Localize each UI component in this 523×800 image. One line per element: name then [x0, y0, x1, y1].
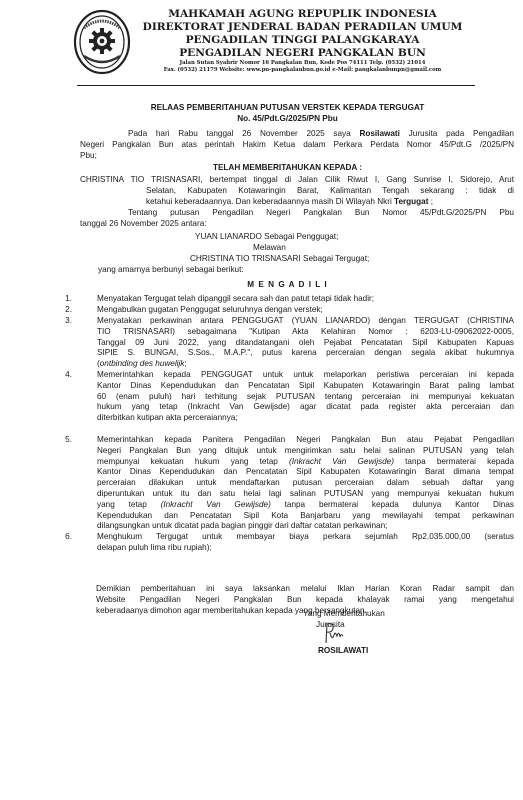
verdict-item-number: 2.: [60, 305, 72, 316]
verdict-item-line: Menyatakan Tergugat telah dipanggil seca…: [97, 294, 374, 305]
verdict-item-line: SIPIE S. BUNGAI, S.Sos., M.A.P.", putus …: [97, 348, 514, 359]
closing-line-2: Website Pengadilan Negeri Pangkalan Bun …: [96, 595, 514, 606]
verdict-item-line: diterbitkan kutipan akta perceraiannya;: [97, 413, 238, 424]
opening-line-2: Negeri Pangkalan Bun atas perintah Hakim…: [80, 140, 514, 151]
opening-text: Jurusita pada Pengadilan: [400, 129, 514, 138]
verdict-item-line: Memerintahkan kepada Panitera Pengadilan…: [97, 435, 514, 446]
notified-text: ;: [428, 197, 433, 206]
versus-line: Melawan: [253, 243, 286, 254]
verdict-item-line: Tanggal 09 Juni 2022, yang ditandatangan…: [97, 338, 514, 349]
notified-line-2: Selatan, Kabupaten Kotawaringin Barat, K…: [146, 186, 514, 197]
document-title: RELAAS PEMBERITAHUAN PUTUSAN VERSTEK KEP…: [60, 103, 515, 114]
opening-line-3: Pbu;: [80, 151, 97, 162]
verdict-item-line: delapan puluh lima ribu rupiah);: [97, 543, 212, 554]
verdict-item-line: yang tetap (Inkracht Van Gewijsde) tanpa…: [97, 500, 514, 511]
letterhead-divider: [77, 85, 475, 86]
signatory-role: Yang Memberitahukan: [303, 609, 385, 620]
bailiff-name: Rosilawati: [359, 129, 400, 138]
verdict-item-line: Menyatakan perkawinan antara PENGGUGAT (…: [97, 316, 514, 327]
letterhead-line-3: PENGADILAN TINGGI PALANGKARAYA: [130, 34, 475, 47]
defendant-label: Tergugat: [394, 197, 428, 206]
defendant-line: CHRISTINA TIO TRISNASARI Sebagai Terguga…: [190, 254, 369, 265]
letterhead-line-2: DIREKTORAT JENDERAL BADAN PERADILAN UMUM: [130, 21, 475, 34]
letterhead-contact: Fax. (0532) 21179 Website: www.pn-pangka…: [130, 67, 475, 74]
verdict-item-line: mempunyai kekuatan hukum yang tetap (Ink…: [97, 457, 514, 468]
letterhead-line-4: PENGADILAN NEGERI PANGKALAN BUN: [130, 47, 475, 60]
letterhead-address: Jalan Sutan Syahrir Nomor 16 Pangkalan B…: [130, 60, 475, 67]
verdict-item-line: TIO TRISNASARI) sebagaimana "Kutipan Akt…: [97, 327, 514, 338]
case-number: No. 45/Pdt.G/2025/PN Pbu: [60, 114, 515, 125]
letterhead: MAHKAMAH AGUNG REPUPLIK INDONESIA DIREKT…: [70, 6, 475, 86]
notified-line-3: ketahui keberadaannya. Dan keberadaannya…: [146, 197, 433, 208]
verdict-item-line: 60 (enam puluh) hari terhitung sejak PUT…: [97, 392, 514, 403]
verdict-item-line: Memerintahkan kepada PENGGUGAT untuk unt…: [97, 370, 514, 381]
opening-line-1: Pada hari Rabu tanggal 26 November 2025 …: [128, 129, 514, 140]
verdict-item-line: hukum yang tetap (Inkracht Van Gewijsde)…: [97, 402, 514, 413]
letterhead-text: MAHKAMAH AGUNG REPUPLIK INDONESIA DIREKT…: [130, 8, 475, 74]
verdict-item-line: (ontbinding des huwelijk;: [97, 359, 187, 370]
verdict-item-number: 6.: [60, 532, 72, 543]
handwritten-signature-icon: [322, 621, 344, 645]
closing-line-1: Demikian pemberitahuan ini saya laksanka…: [96, 584, 514, 595]
verdict-item-line: perceraian dilakukan untuk mendaftarkan …: [97, 478, 514, 489]
verdict-item-number: 5.: [60, 435, 72, 446]
verdict-heading: M E N G A D I L I: [60, 280, 515, 291]
letterhead-line-1: MAHKAMAH AGUNG REPUPLIK INDONESIA: [130, 8, 475, 21]
verdict-intro: yang amarnya berbunyi sebagai berikut:: [98, 265, 244, 276]
verdict-item-line: dilangsungkan untuk dicatat pada bagian …: [97, 521, 387, 532]
signatory-name: ROSILAWATI: [318, 646, 368, 657]
verdict-item-number: 3.: [60, 316, 72, 327]
verdict-item-line: Kantor Dinas Kependudukan dan Pencatatan…: [97, 467, 514, 478]
verdict-item-line: Menghukum Tergugat untuk membayar biaya …: [97, 532, 514, 543]
verdict-item-number: 1.: [60, 294, 72, 305]
verdict-item-line: Kantor Dinas Kependudukan dan Pencatatan…: [97, 381, 514, 392]
opening-text: Pada hari Rabu tanggal 26 November 2025 …: [128, 129, 359, 138]
verdict-item-number: 4.: [60, 370, 72, 381]
notified-line-1: CHRISTINA TIO TRISNASARI, bertempat ting…: [80, 175, 514, 186]
plaintiff-line: YUAN LIANARDO Sebagai Penggugat;: [195, 232, 338, 243]
notified-text: ketahui keberadaannya. Dan keberadaannya…: [146, 197, 394, 206]
verdict-item-line: diperuntukan untuk itu dan satu helai la…: [97, 489, 514, 500]
verdict-item-line: Negeri Pangkalan Bun yang ditujuk untuk …: [97, 446, 514, 457]
regarding-line-1: Tentang putusan Pengadilan Negeri Pangka…: [128, 208, 514, 219]
notified-heading: TELAH MEMBERITAHUKAN KEPADA :: [60, 163, 515, 174]
verdict-item-line: Mengabulkan gugatan Penggugat seluruhnya…: [97, 305, 323, 316]
verdict-item-line: Kependudukan dan Pencatatan Sipil Kota B…: [97, 511, 514, 522]
regarding-line-2: tanggal 26 November 2025 antara:: [80, 219, 207, 230]
